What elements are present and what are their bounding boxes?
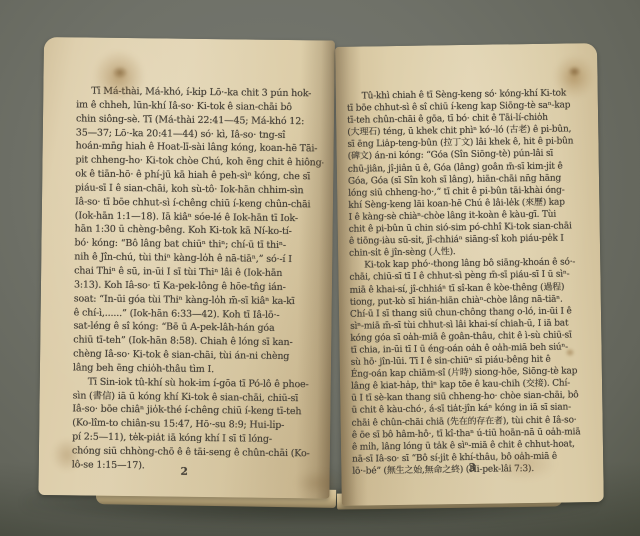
book-page-right: Tû-khì chiah ê tī Sèng-keng só· kóng-khí… [335, 43, 604, 506]
book-page-left: Tī Má-thài, Má-khó, í-ki̍p Lō·-ka chit 3… [38, 37, 335, 499]
paragraph: Ki-tok kap phó·-thong lâng bô siāng-khoá… [349, 256, 594, 477]
paragraph: Tû-khì chiah ê tī Sèng-keng só· kóng-khí… [347, 87, 591, 260]
photo-background: Tī Má-thài, Má-khó, í-ki̍p Lō·-ka chit 3… [0, 0, 640, 536]
page-number-left: 2 [39, 464, 330, 480]
left-page-text-column: Tī Má-thài, Má-khó, í-ki̍p Lō·-ka chit 3… [72, 84, 325, 472]
paragraph: Tī Sin-iok tû-khí sù hok-im í-gōa tī Pó-… [72, 375, 321, 472]
right-page-text-column: Tû-khì chiah ê tī Sèng-keng só· kóng-khí… [347, 87, 595, 482]
paragraph: Tī Má-thài, Má-khó, í-ki̍p Lō·-ka chit 3… [73, 84, 325, 378]
